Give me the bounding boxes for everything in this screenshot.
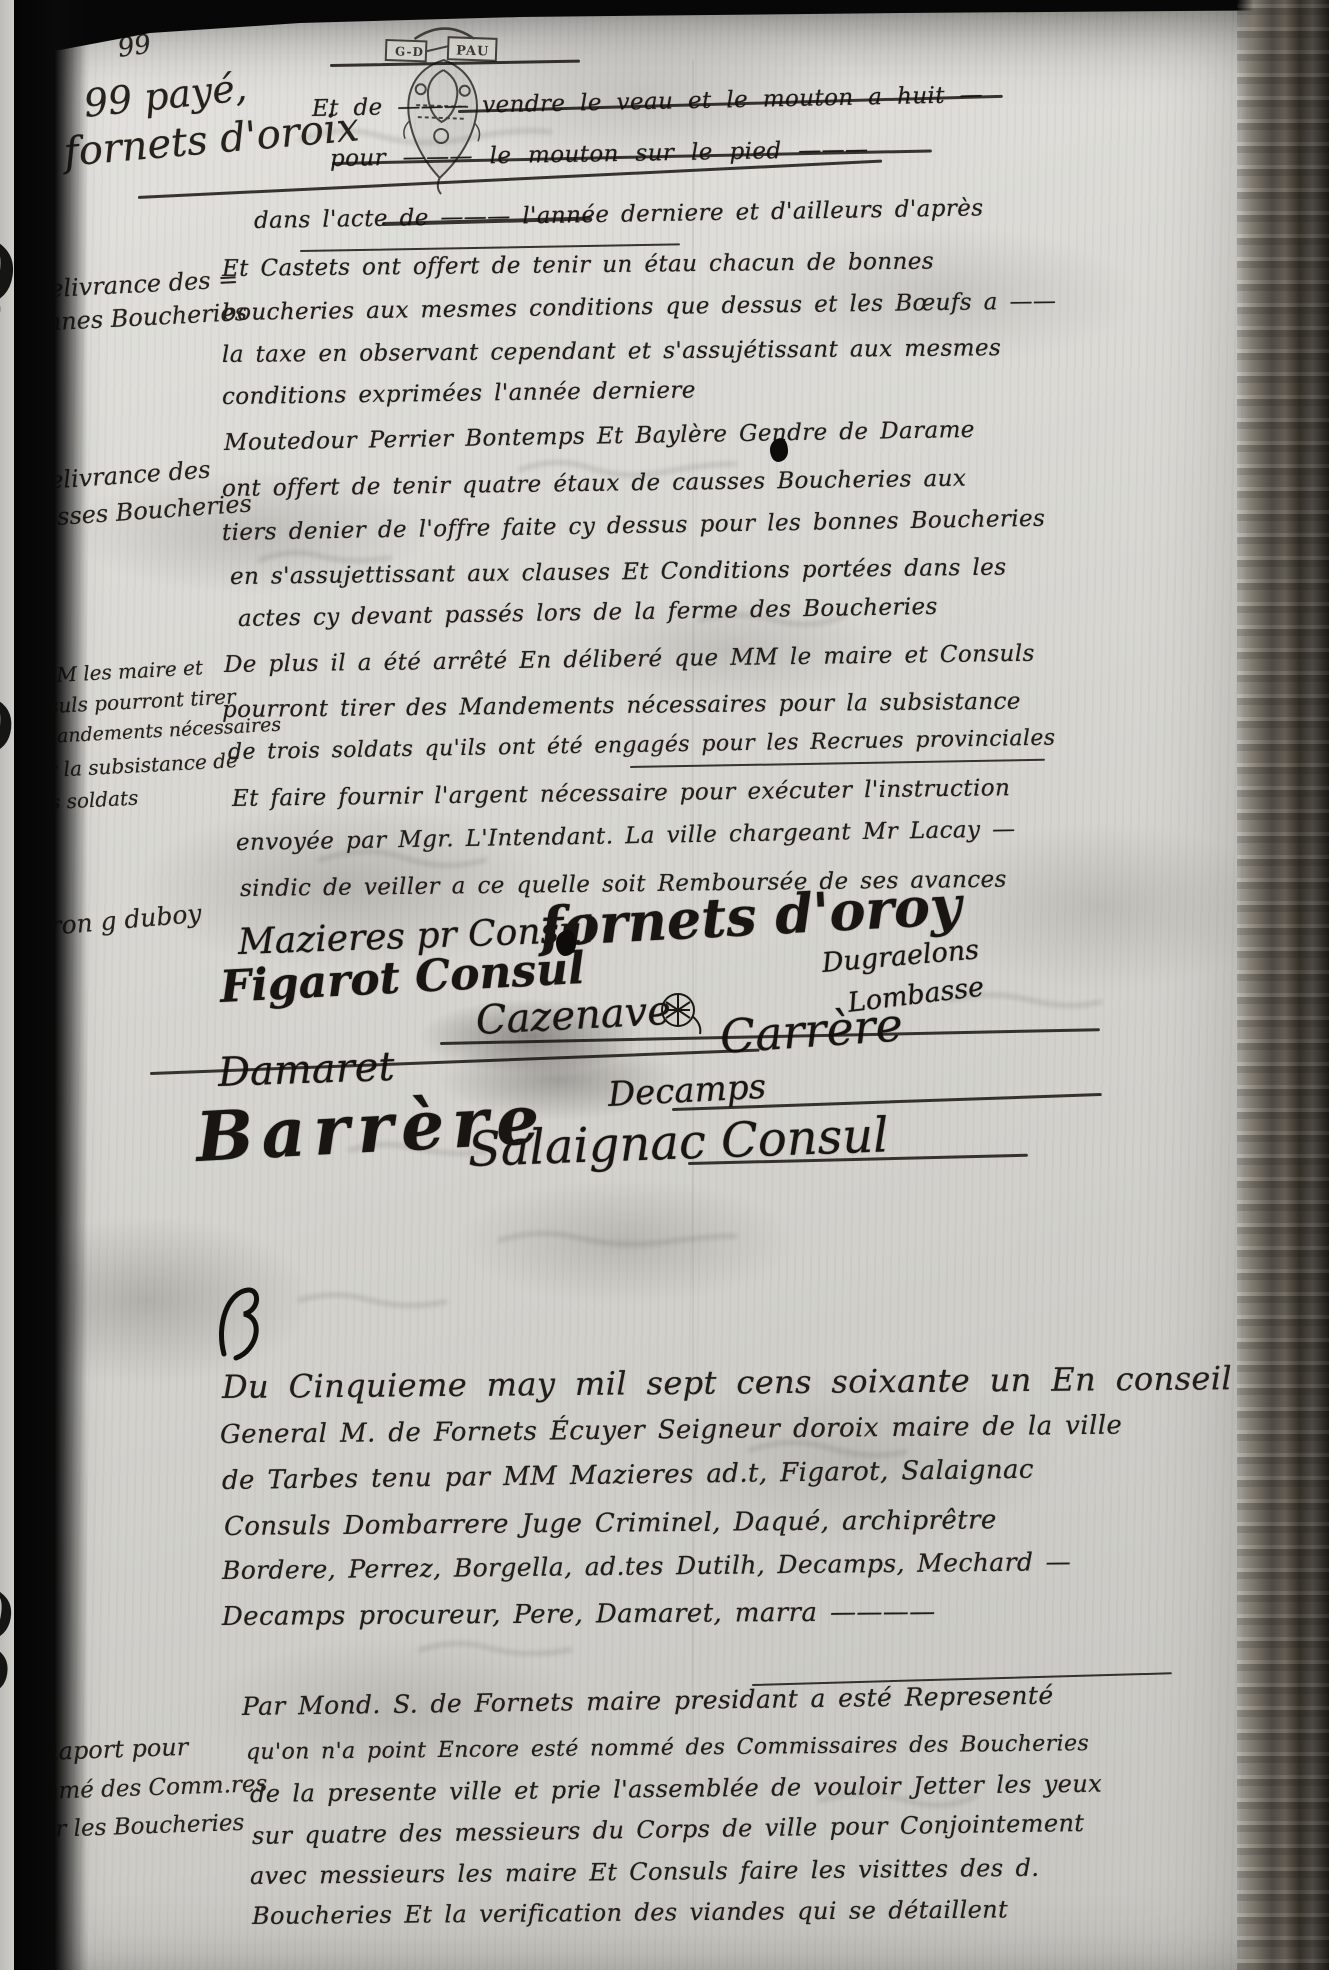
ink-blot — [770, 438, 788, 462]
stamp-gd-label: G-D — [395, 44, 424, 59]
manuscript-line: Decamps procureur, Pere, Damaret, marra … — [222, 1597, 936, 1632]
stamp-pau-label: PAU — [456, 43, 490, 59]
ink-blot — [556, 930, 576, 956]
cazenave-paraph-flourish — [652, 986, 704, 1038]
binding-edge — [1237, 0, 1329, 1970]
manuscript-page-scan: 99 99 payé, fornets d'oroix G-D PAU Et d… — [0, 0, 1329, 1970]
book-gutter-shadow — [14, 0, 88, 1970]
flourish-initial-d — [212, 1282, 274, 1370]
